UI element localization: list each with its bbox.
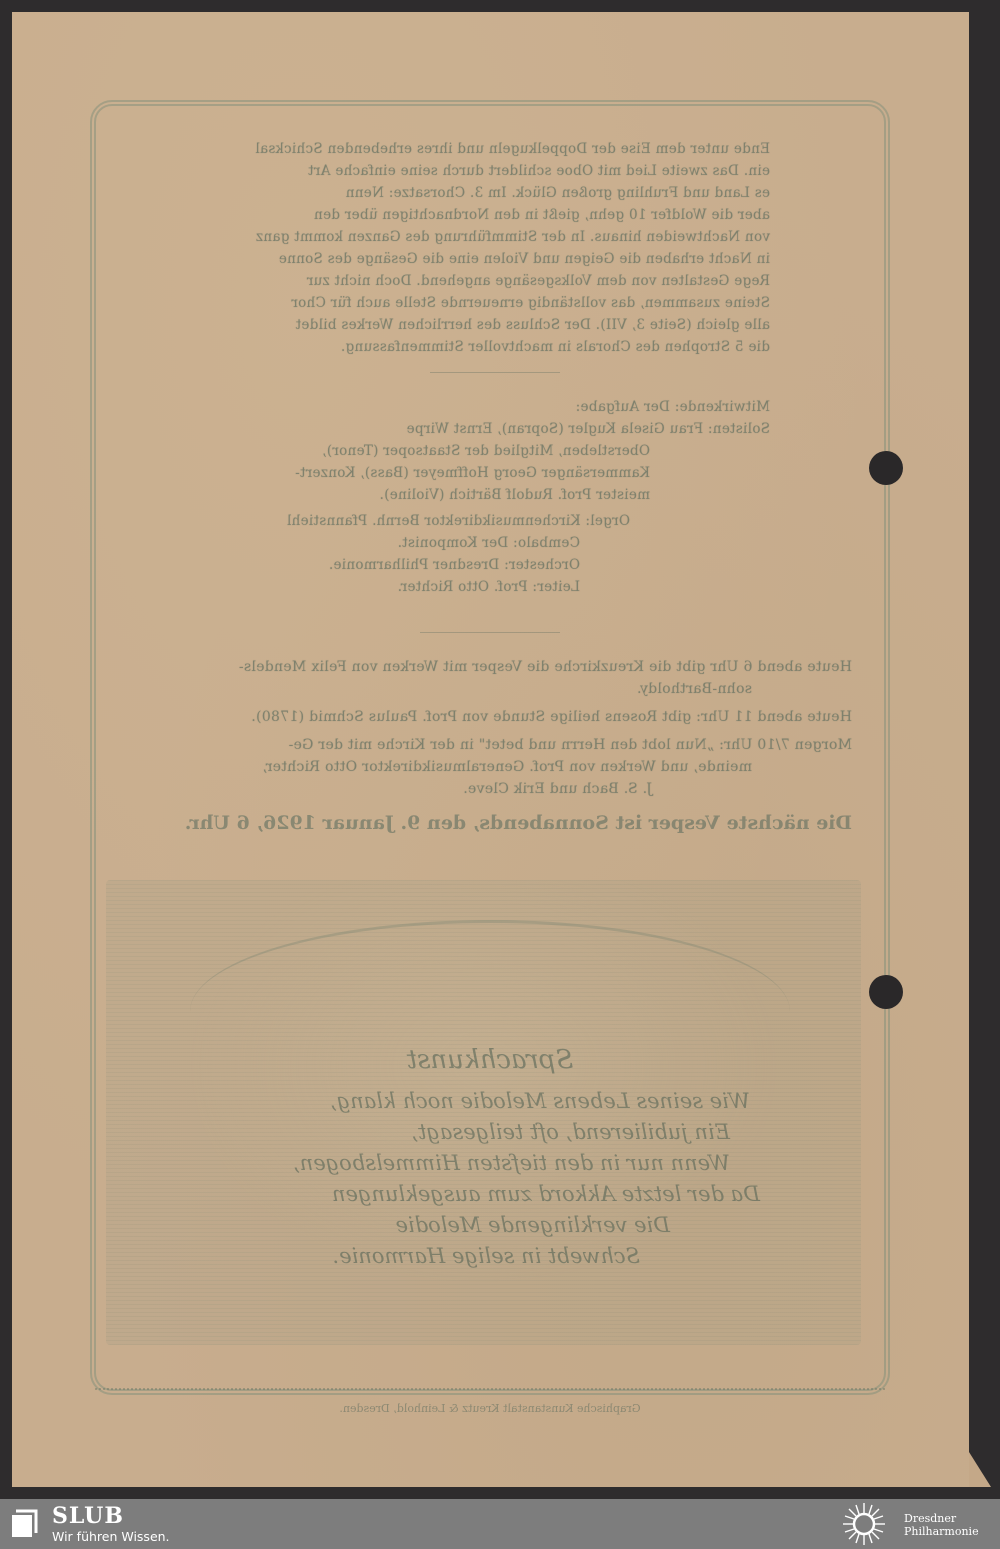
text-line: es Land und Fruhling großen Glück. Im 3.… — [130, 182, 770, 204]
upcoming-services-list: Heute abend 6 Uhr gibt die Kreuzkirche d… — [132, 656, 852, 800]
text-line: sohn-Bartholdy. — [132, 678, 852, 700]
text-line: alle gleich (Seite 3, VII). Der Schluss … — [130, 314, 770, 336]
poem-line: Wenn nur in den tiefsten Himmelsbogen, — [190, 1148, 790, 1179]
poem-line: Die verklingende Melodie — [190, 1210, 790, 1241]
performers-list: Mitwirkende: Der Aufgabe: Solisten: Frau… — [130, 396, 770, 598]
performers-heading: Mitwirkende: Der Aufgabe: — [130, 396, 770, 418]
poem: Sprachkunst Wie seines Lebens Melodie no… — [190, 1045, 790, 1272]
printer-line: Graphische Kunstanstalt Kreutz & Leinhol… — [95, 1402, 885, 1415]
printer-imprint: Graphische Kunstanstalt Kreutz & Leinhol… — [95, 1388, 885, 1415]
text-line: Oberstleben, Mitglied der Staatsoper (Te… — [130, 440, 770, 462]
folded-corner — [969, 1452, 991, 1487]
imprint-rule — [95, 1388, 885, 1394]
text-line: Orgel: Kirchenmusikdirektor Bernh. Pfann… — [130, 510, 770, 532]
slub-tagline: Wir führen Wissen. — [52, 1529, 170, 1544]
slub-logo-text: SLUB — [52, 1503, 124, 1529]
book-pages-icon — [12, 1509, 40, 1537]
text-line: Steine zusammen, das vollständig erneuer… — [130, 292, 770, 314]
scan-viewport: Ende unter dem Eise der Doppelkugeln und… — [0, 0, 1000, 1500]
sunburst-ring-icon — [840, 1501, 888, 1547]
text-line: Orchester: Dresdner Philharmonie. — [130, 554, 770, 576]
text-line: ein. Das zweite Lied mit Oboe schildert … — [130, 160, 770, 182]
text-line: Heute abend 11 Uhr: gibt Rosens heilige … — [132, 706, 852, 728]
text-line: Heute abend 6 Uhr gibt die Kreuzkirche d… — [132, 656, 852, 678]
poem-line: Ein jubilierend, oft teilgesagt, — [190, 1117, 790, 1148]
text-line: die 5 Strophen des Chorals in machtvolle… — [130, 336, 770, 358]
text-line: Solisten: Frau Gisela Kugler (Sopran), E… — [130, 418, 770, 440]
text-line: meinde, und Werken von Prof. Generalmusi… — [132, 756, 852, 778]
text-line: Morgen 7/10 Uhr: „Nun lobt den Herrn und… — [132, 734, 852, 756]
poem-line: Schwebt in selige Harmonie. — [190, 1241, 790, 1272]
poem-title: Sprachkunst — [190, 1045, 790, 1076]
text-line: in Nacht erhaben die Geigen und Violen e… — [130, 248, 770, 270]
poem-line: Da der letzte Akkord zum ausgeklungen — [190, 1179, 790, 1210]
text-line: von Nachtweiden hinaus. In der Stimmführ… — [130, 226, 770, 248]
text-line: Cembalo: Der Komponist. — [130, 532, 770, 554]
text-line: meister Prof. Rudolf Bärtich (Violine). — [130, 484, 770, 506]
poem-line: Wie seines Lebens Melodie noch klang, — [190, 1086, 790, 1117]
text-line: Kammersänger Georg Hoffmeyer (Bass), Kon… — [130, 462, 770, 484]
dresdner-philharmonie-logo-text: Dresdner Philharmonie — [904, 1512, 979, 1538]
viewer-footer-bar: SLUB Wir führen Wissen. Dresdner Philhar… — [0, 1499, 1000, 1549]
punch-hole-bottom — [869, 975, 903, 1009]
logo-line: Dresdner — [904, 1512, 979, 1525]
text-line: Leiter: Prof. Otto Richter. — [130, 576, 770, 598]
section-divider — [430, 372, 560, 373]
text-line: aber die Woldfer 10 gehn, gießt in den N… — [130, 204, 770, 226]
text-line: Ende unter dem Eise der Doppelkugeln und… — [130, 138, 770, 160]
logo-line: Philharmonie — [904, 1525, 979, 1538]
next-concert-notice: Die nächste Vesper ist Sonnabends, den 9… — [132, 812, 852, 834]
section-divider — [420, 632, 560, 633]
text-line: Rege Gestalten von dem Volksgesänge ange… — [130, 270, 770, 292]
punch-hole-top — [869, 451, 903, 485]
text-line: J. S. Bach und Erik Cleve. — [132, 778, 852, 800]
program-notes-paragraph: Ende unter dem Eise der Doppelkugeln und… — [130, 138, 770, 358]
